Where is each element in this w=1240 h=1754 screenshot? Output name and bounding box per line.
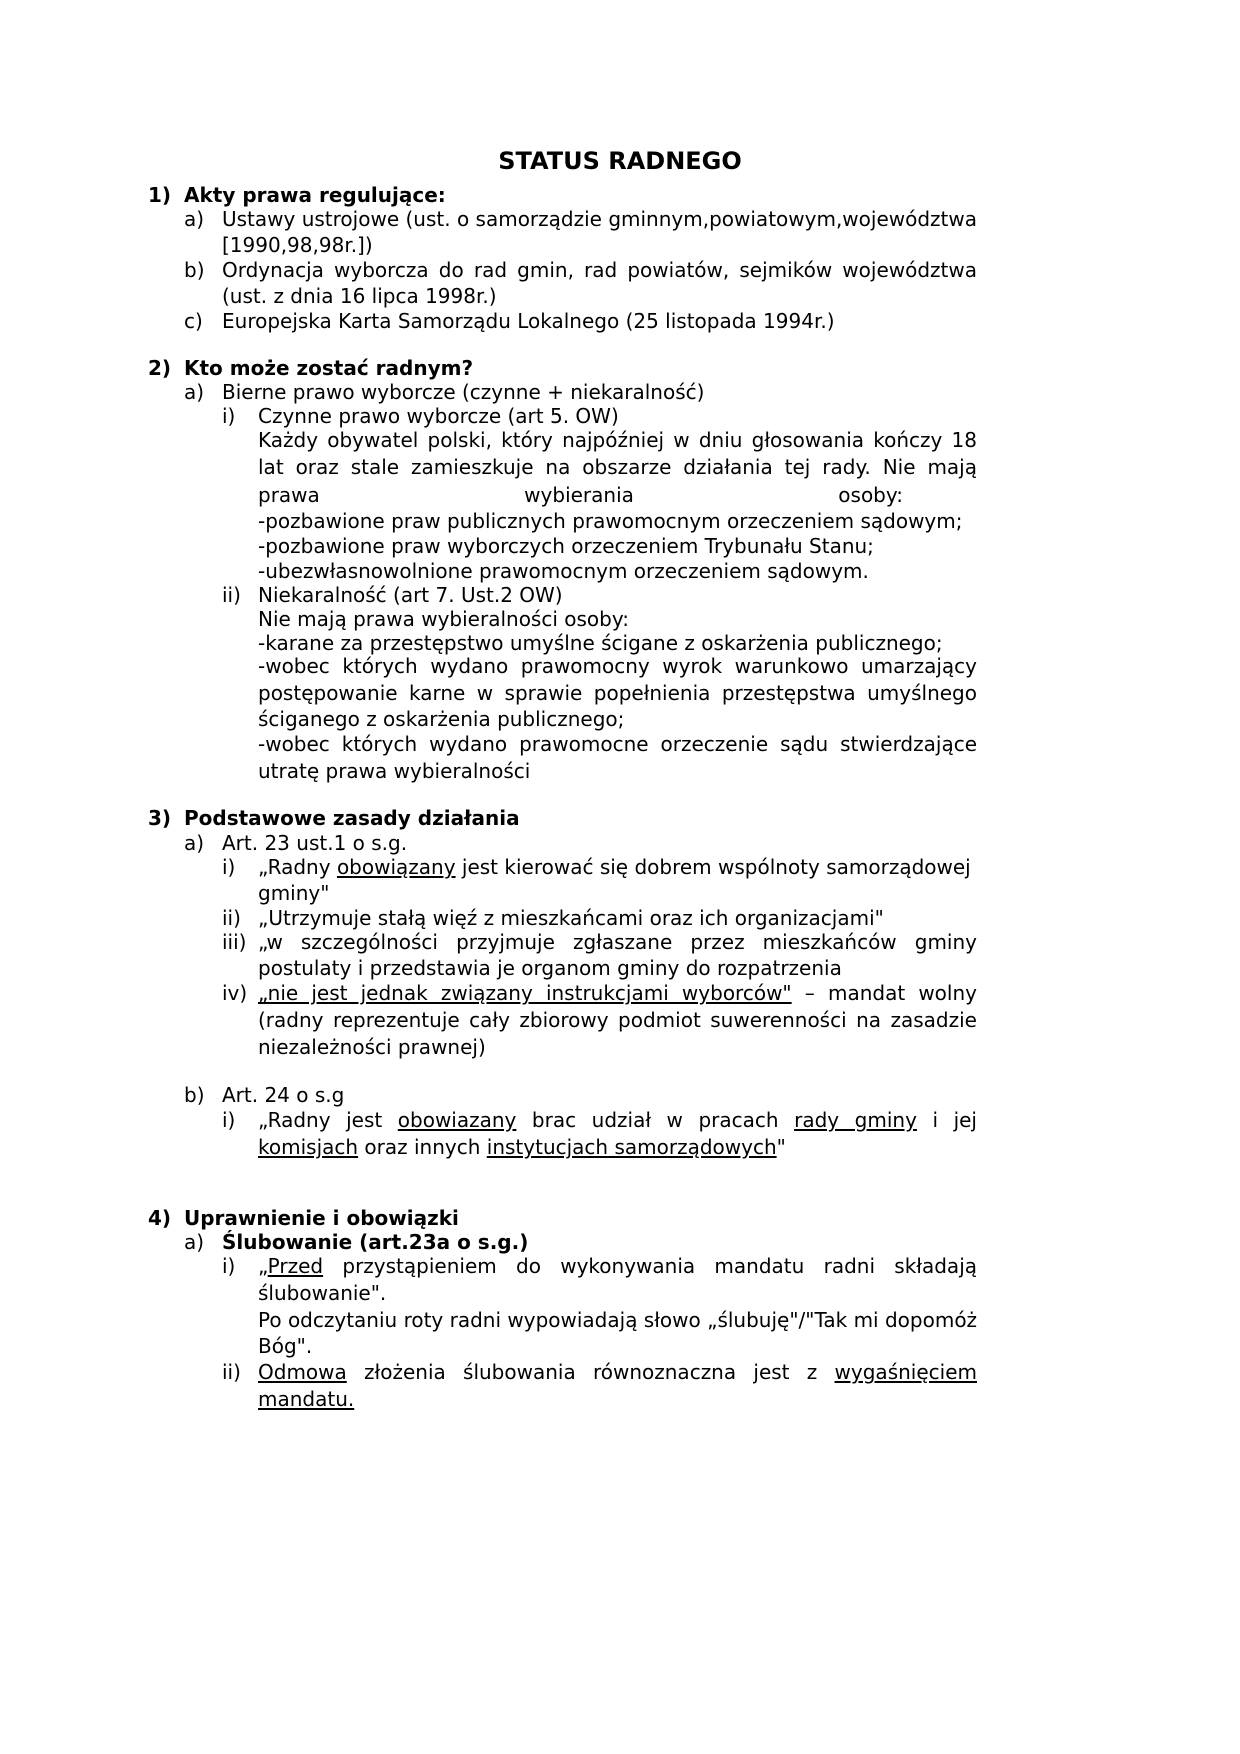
subitem-text: niezależności prawnej) (258, 1035, 486, 1059)
item-label: b) (184, 258, 205, 282)
item-label: c) (184, 309, 203, 333)
subitem-text: Bóg". (258, 1334, 312, 1358)
section-number: 3) (148, 806, 171, 830)
subitem-text: postulaty i przedstawia je organom gminy… (258, 956, 842, 980)
section-heading: Kto może zostać radnym? (184, 356, 473, 380)
item-text: Art. 23 ust.1 o s.g. (222, 831, 407, 855)
subitem-text: „Przed przystąpieniem do wykonywania man… (258, 1254, 977, 1278)
subitem-text: (radny reprezentuje cały zbiorowy podmio… (258, 1008, 977, 1032)
subitem-text: „nie jest jednak związany instrukcjami w… (258, 981, 977, 1005)
section-number: 4) (148, 1206, 171, 1230)
item-label: a) (184, 207, 204, 231)
subitem-label: ii) (222, 906, 241, 930)
item-text: Ustawy ustrojowe (ust. o samorządzie gmi… (222, 207, 977, 231)
subitem-label: i) (222, 1108, 235, 1132)
subitem-text: gminy" (258, 881, 329, 905)
section-number: 1) (148, 183, 171, 207)
item-text: Europejska Karta Samorządu Lokalnego (25… (222, 309, 835, 333)
subitem-text: „Radny obowiązany jest kierować się dobr… (258, 855, 971, 879)
subitem-text: postępowanie karne w sprawie popełnienia… (258, 681, 977, 705)
subitem-text: prawa wybierania osoby: (258, 483, 903, 507)
subitem-text: -pozbawione praw wyborczych orzeczeniem … (258, 534, 874, 558)
subitem-label: ii) (222, 1360, 241, 1384)
section-heading: Uprawnienie i obowiązki (184, 1206, 459, 1230)
subitem-text: Nie mają prawa wybieralności osoby: (258, 607, 629, 631)
item-label: a) (184, 1230, 204, 1254)
subitem-text: „w szczególności przyjmuje zgłaszane prz… (258, 930, 977, 954)
item-text: (ust. z dnia 16 lipca 1998r.) (222, 284, 497, 308)
subitem-text: Po odczytaniu roty radni wypowiadają sło… (258, 1308, 977, 1332)
subitem-text: -wobec których wydano prawomocny wyrok w… (258, 654, 977, 678)
subitem-text: utratę prawa wybieralności (258, 759, 530, 783)
item-heading: Ślubowanie (art.23a o s.g.) (222, 1230, 528, 1254)
subitem-text: -pozbawione praw publicznych prawomocnym… (258, 509, 962, 533)
subitem-label: iv) (222, 981, 247, 1005)
subitem-text: „Radny jest obowiazany brac udział w pra… (258, 1108, 977, 1132)
item-label: b) (184, 1083, 205, 1107)
item-label: a) (184, 831, 204, 855)
subitem-text: lat oraz stale zamieszkuje na obszarze d… (258, 455, 977, 479)
subitem-text: Odmowa złożenia ślubowania równoznaczna … (258, 1360, 977, 1384)
subitem-text: -karane za przestępstwo umyślne ścigane … (258, 631, 943, 655)
item-text: Art. 24 o s.g (222, 1083, 344, 1107)
section-number: 2) (148, 356, 171, 380)
item-text: Ordynacja wyborcza do rad gmin, rad powi… (222, 258, 977, 282)
subitem-label: i) (222, 1254, 235, 1278)
subitem-text: ściganego z oskarżenia publicznego; (258, 707, 624, 731)
underlined-term: obowiązany (337, 855, 456, 879)
item-text: [1990,98,98r.]) (222, 233, 373, 257)
section-heading: Podstawowe zasady działania (184, 806, 520, 830)
subitem-text: -ubezwłasnowolnione prawomocnym orzeczen… (258, 559, 869, 583)
subitem-text: -wobec których wydano prawomocne orzecze… (258, 732, 977, 756)
subitem-label: ii) (222, 583, 241, 607)
subitem-text: ślubowanie". (258, 1281, 386, 1305)
subitem-text: komisjach oraz innych instytucjach samor… (258, 1135, 786, 1159)
item-text: Bierne prawo wyborcze (czynne + niekaral… (222, 380, 704, 404)
subitem-title: Niekaralność (art 7. Ust.2 OW) (258, 583, 563, 607)
subitem-text: mandatu. (258, 1387, 354, 1411)
subitem-text: Każdy obywatel polski, który najpóźniej … (258, 428, 977, 452)
subitem-title: Czynne prawo wyborcze (art 5. OW) (258, 404, 619, 428)
subitem-label: i) (222, 855, 235, 879)
page-title: STATUS RADNEGO (0, 146, 1240, 176)
subitem-text: „Utrzymuje stałą więź z mieszkańcami ora… (258, 906, 884, 930)
underlined-quote: „nie jest jednak związany instrukcjami w… (258, 981, 792, 1005)
section-heading: Akty prawa regulujące: (184, 183, 446, 207)
item-label: a) (184, 380, 204, 404)
subitem-label: iii) (222, 930, 246, 954)
subitem-label: i) (222, 404, 235, 428)
